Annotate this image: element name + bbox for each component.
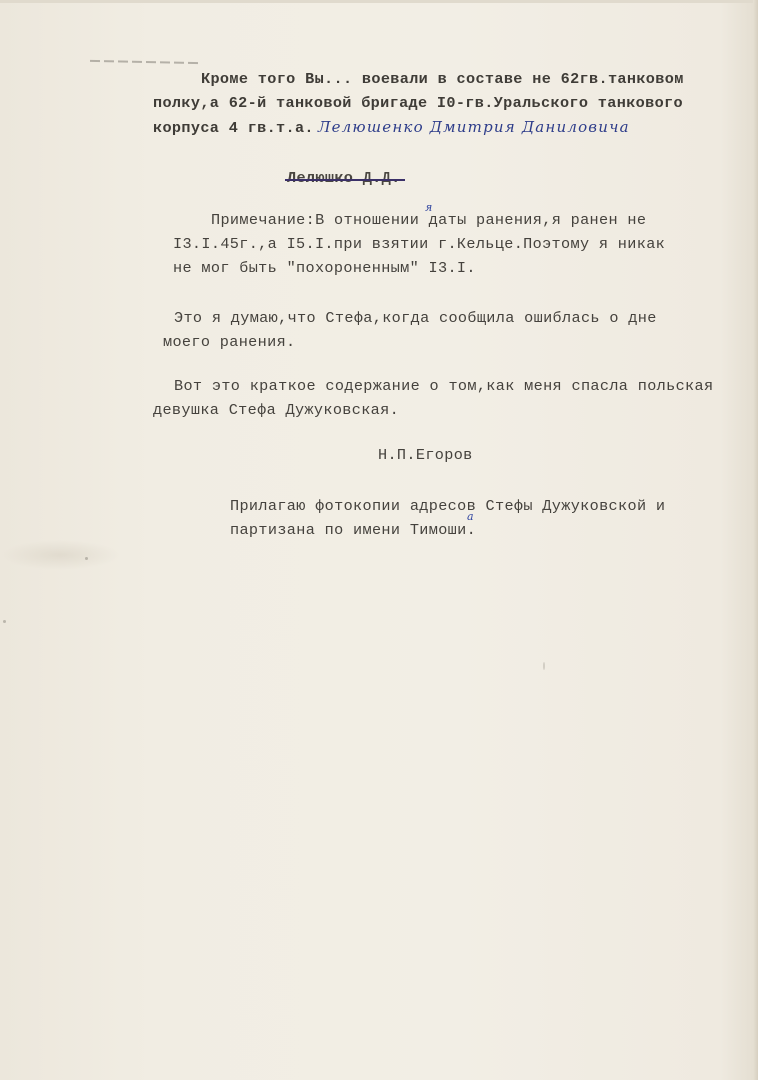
handwritten-commander-name: Лелюшенко Дмитрия Даниловича xyxy=(318,118,630,136)
document-page: Кроме того Вы... воевали в составе не 62… xyxy=(0,0,758,1080)
paragraph1-line1: Кроме того Вы... воевали в составе не 62… xyxy=(201,70,684,88)
paragraph1-line3-typed: корпуса 4 гв.т.а. xyxy=(153,119,314,137)
paper-speck xyxy=(85,557,88,560)
note-line2: I3.I.45г.,а I5.I.при взятии г.Кельце.Поэ… xyxy=(173,235,665,253)
paragraph3-line1: Вот это краткое содержание о том,как мен… xyxy=(174,377,713,395)
attachment-correction-mark: а xyxy=(467,510,474,523)
paper-top-edge xyxy=(0,0,758,3)
note-line3: не мог быть "похороненным" I3.I. xyxy=(173,259,476,277)
pencil-dash-mark xyxy=(90,60,200,64)
note-correction-mark: я xyxy=(425,201,432,214)
paper-speck xyxy=(3,620,6,623)
paper-speck xyxy=(543,662,545,670)
paper-right-edge xyxy=(753,0,758,1080)
signature: Н.П.Егоров xyxy=(378,446,473,464)
paragraph2-line1: Это я думаю,что Стефа,когда сообщила оши… xyxy=(174,309,657,327)
paper-crease xyxy=(0,540,120,570)
paragraph1-line2: полку,а 62-й танковой бригаде I0-гв.Урал… xyxy=(153,94,683,112)
paragraph1-line3: корпуса 4 гв.т.а.Лелюшенко Дмитрия Данил… xyxy=(153,118,630,137)
attachment-line2: партизана по имени Тимоши. xyxy=(230,521,476,539)
struck-through-name: Лелюшко Д.Д. xyxy=(287,169,401,187)
attachment-line1: Прилагаю фотокопии адресов Стефы Дужуков… xyxy=(230,497,665,515)
paragraph2-line2: моего ранения. xyxy=(163,333,296,351)
paragraph3-line2: девушка Стефа Дужуковская. xyxy=(153,401,399,419)
